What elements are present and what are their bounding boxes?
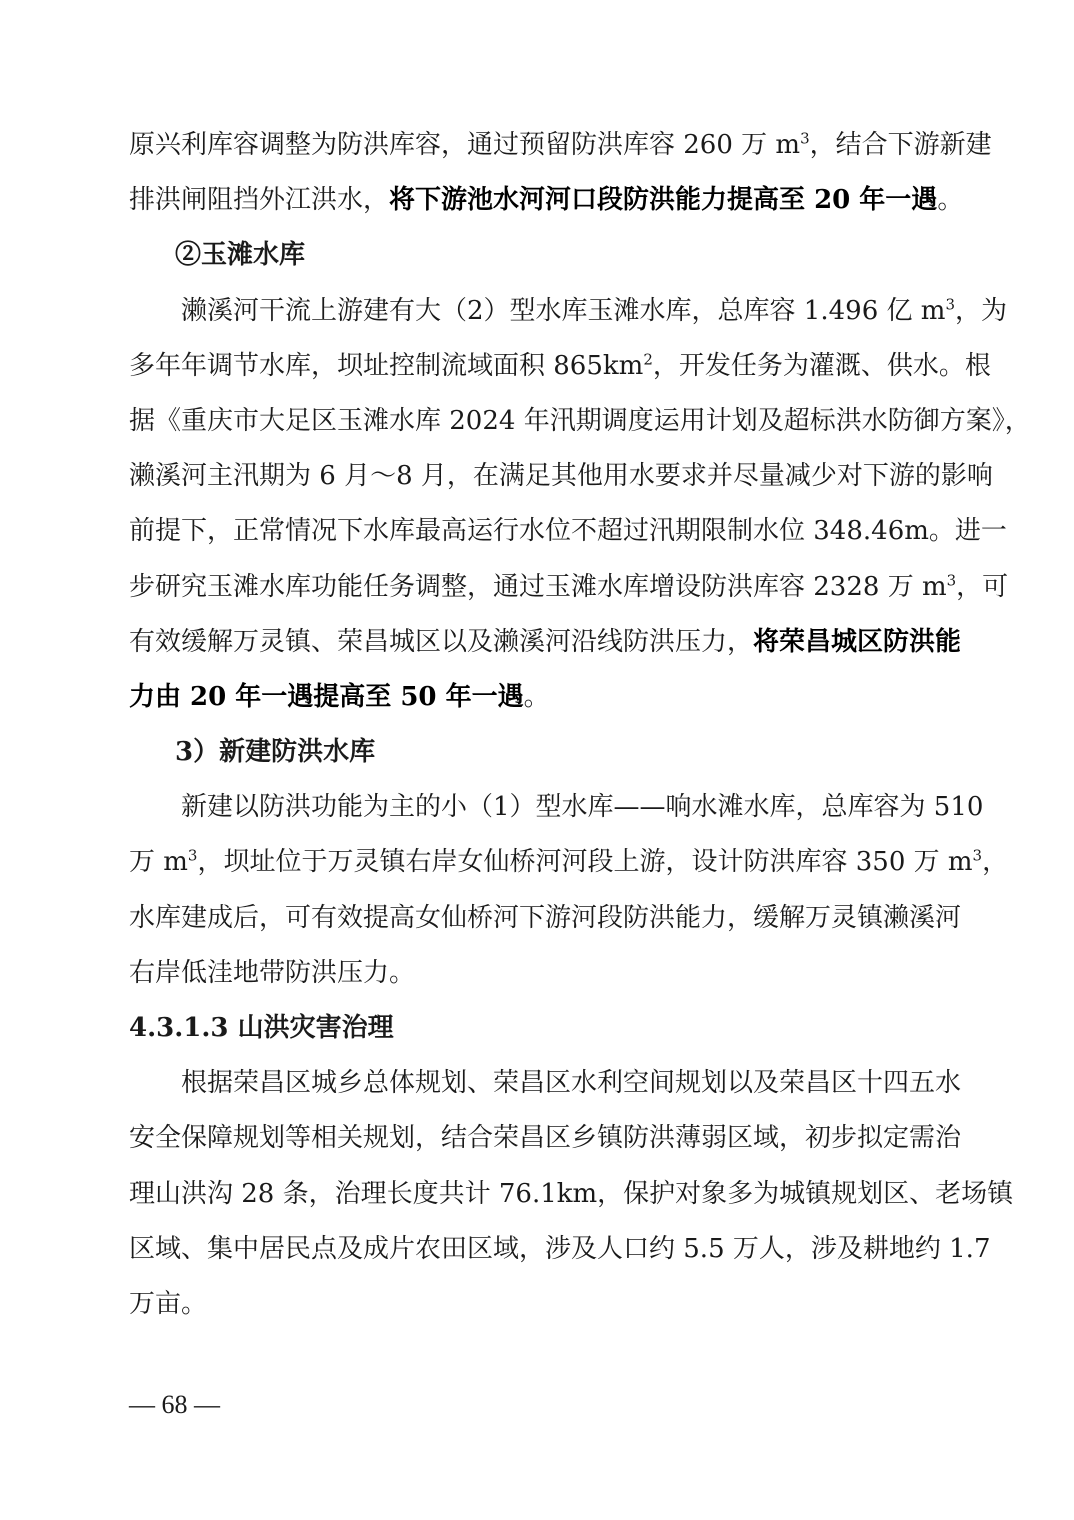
superscript: 2 bbox=[643, 350, 653, 368]
bold-emphasis: 将荣昌城区防洪能 bbox=[753, 627, 961, 657]
superscript: 3 bbox=[973, 847, 983, 865]
paragraph-1-line-1: 原兴利库容调整为防洪库容，通过预留防洪库容 260 万 m3，结合下游新建 bbox=[129, 125, 944, 180]
paragraph-4-line-3: 理山洪沟 28 条，治理长度共计 76.1km，保护对象多为城镇规划区、老场镇 bbox=[129, 1174, 944, 1229]
text-run: ，为 bbox=[955, 296, 1007, 326]
text-run: ，结合下游新建 bbox=[810, 130, 992, 160]
paragraph-3-line-1: 新建以防洪功能为主的小（1）型水库——响水滩水库，总库容为 510 bbox=[129, 787, 944, 842]
text-run: 。 bbox=[524, 682, 550, 712]
paragraph-2-line-4: 濑溪河主汛期为 6 月～8 月，在满足其他用水要求并尽量减少对下游的影响 bbox=[129, 456, 944, 511]
text-run: 多年年调节水库，坝址控制流域面积 865km bbox=[129, 351, 643, 381]
page-number: — 68 — bbox=[129, 1390, 220, 1420]
paragraph-4-line-1: 根据荣昌区城乡总体规划、荣昌区水利空间规划以及荣昌区十四五水 bbox=[129, 1063, 944, 1118]
subheading-new-flood-reservoir: 3）新建防洪水库 bbox=[129, 732, 944, 787]
bold-emphasis: 将下游池水河河口段防洪能力提高至 20 年一遇 bbox=[389, 185, 937, 215]
document-page: 原兴利库容调整为防洪库容，通过预留防洪库容 260 万 m3，结合下游新建 排洪… bbox=[129, 125, 944, 1339]
text-run: 原兴利库容调整为防洪库容，通过预留防洪库容 260 万 m bbox=[129, 130, 800, 160]
text-run: ， bbox=[982, 847, 1008, 877]
subheading-yutan-reservoir: ②玉滩水库 bbox=[129, 235, 944, 290]
paragraph-2-line-8: 力由 20 年一遇提高至 50 年一遇。 bbox=[129, 677, 944, 732]
text-run: 万 m bbox=[129, 847, 188, 877]
text-run: ，坝址位于万灵镇右岸女仙桥河河段上游，设计防洪库容 350 万 m bbox=[197, 847, 972, 877]
paragraph-2-line-7: 有效缓解万灵镇、荣昌城区以及濑溪河沿线防洪压力，将荣昌城区防洪能 bbox=[129, 622, 944, 677]
paragraph-4-line-4: 区域、集中居民点及成片农田区域，涉及人口约 5.5 万人，涉及耕地约 1.7 bbox=[129, 1229, 944, 1284]
paragraph-3-line-2: 万 m3，坝址位于万灵镇右岸女仙桥河河段上游，设计防洪库容 350 万 m3， bbox=[129, 842, 944, 897]
section-heading-mountain-flood: 4.3.1.3 山洪灾害治理 bbox=[129, 1008, 944, 1063]
text-run: 有效缓解万灵镇、荣昌城区以及濑溪河沿线防洪压力， bbox=[129, 627, 753, 657]
paragraph-2-line-3: 据《重庆市大足区玉滩水库 2024 年汛期调度运用计划及超标洪水防御方案》， bbox=[129, 401, 944, 456]
text-run: ，开发任务为灌溉、供水。根 bbox=[653, 351, 991, 381]
text-run: 。 bbox=[937, 185, 963, 215]
paragraph-2-line-5: 前提下，正常情况下水库最高运行水位不超过汛期限制水位 348.46m。进一 bbox=[129, 511, 944, 566]
paragraph-1-line-2: 排洪闸阻挡外江洪水，将下游池水河河口段防洪能力提高至 20 年一遇。 bbox=[129, 180, 944, 235]
paragraph-4-line-2: 安全保障规划等相关规划，结合荣昌区乡镇防洪薄弱区域，初步拟定需治 bbox=[129, 1118, 944, 1173]
paragraph-2-line-2: 多年年调节水库，坝址控制流域面积 865km2，开发任务为灌溉、供水。根 bbox=[129, 346, 944, 401]
text-run: 步研究玉滩水库功能任务调整，通过玉滩水库增设防洪库容 2328 万 m bbox=[129, 572, 947, 602]
superscript: 3 bbox=[800, 129, 810, 147]
text-run: 濑溪河干流上游建有大（2）型水库玉滩水库，总库容 1.496 亿 m bbox=[181, 296, 945, 326]
paragraph-3-line-4: 右岸低洼地带防洪压力。 bbox=[129, 953, 944, 1008]
paragraph-2-line-6: 步研究玉滩水库功能任务调整，通过玉滩水库增设防洪库容 2328 万 m3，可 bbox=[129, 567, 944, 622]
paragraph-3-line-3: 水库建成后，可有效提高女仙桥河下游河段防洪能力，缓解万灵镇濑溪河 bbox=[129, 898, 944, 953]
superscript: 3 bbox=[947, 571, 957, 589]
paragraph-2-line-1: 濑溪河干流上游建有大（2）型水库玉滩水库，总库容 1.496 亿 m3，为 bbox=[129, 291, 944, 346]
paragraph-4-line-5: 万亩。 bbox=[129, 1284, 944, 1339]
text-run: 排洪闸阻挡外江洪水， bbox=[129, 185, 389, 215]
text-run: ，可 bbox=[956, 572, 1008, 602]
superscript: 3 bbox=[945, 295, 955, 313]
bold-emphasis: 力由 20 年一遇提高至 50 年一遇 bbox=[129, 682, 524, 712]
